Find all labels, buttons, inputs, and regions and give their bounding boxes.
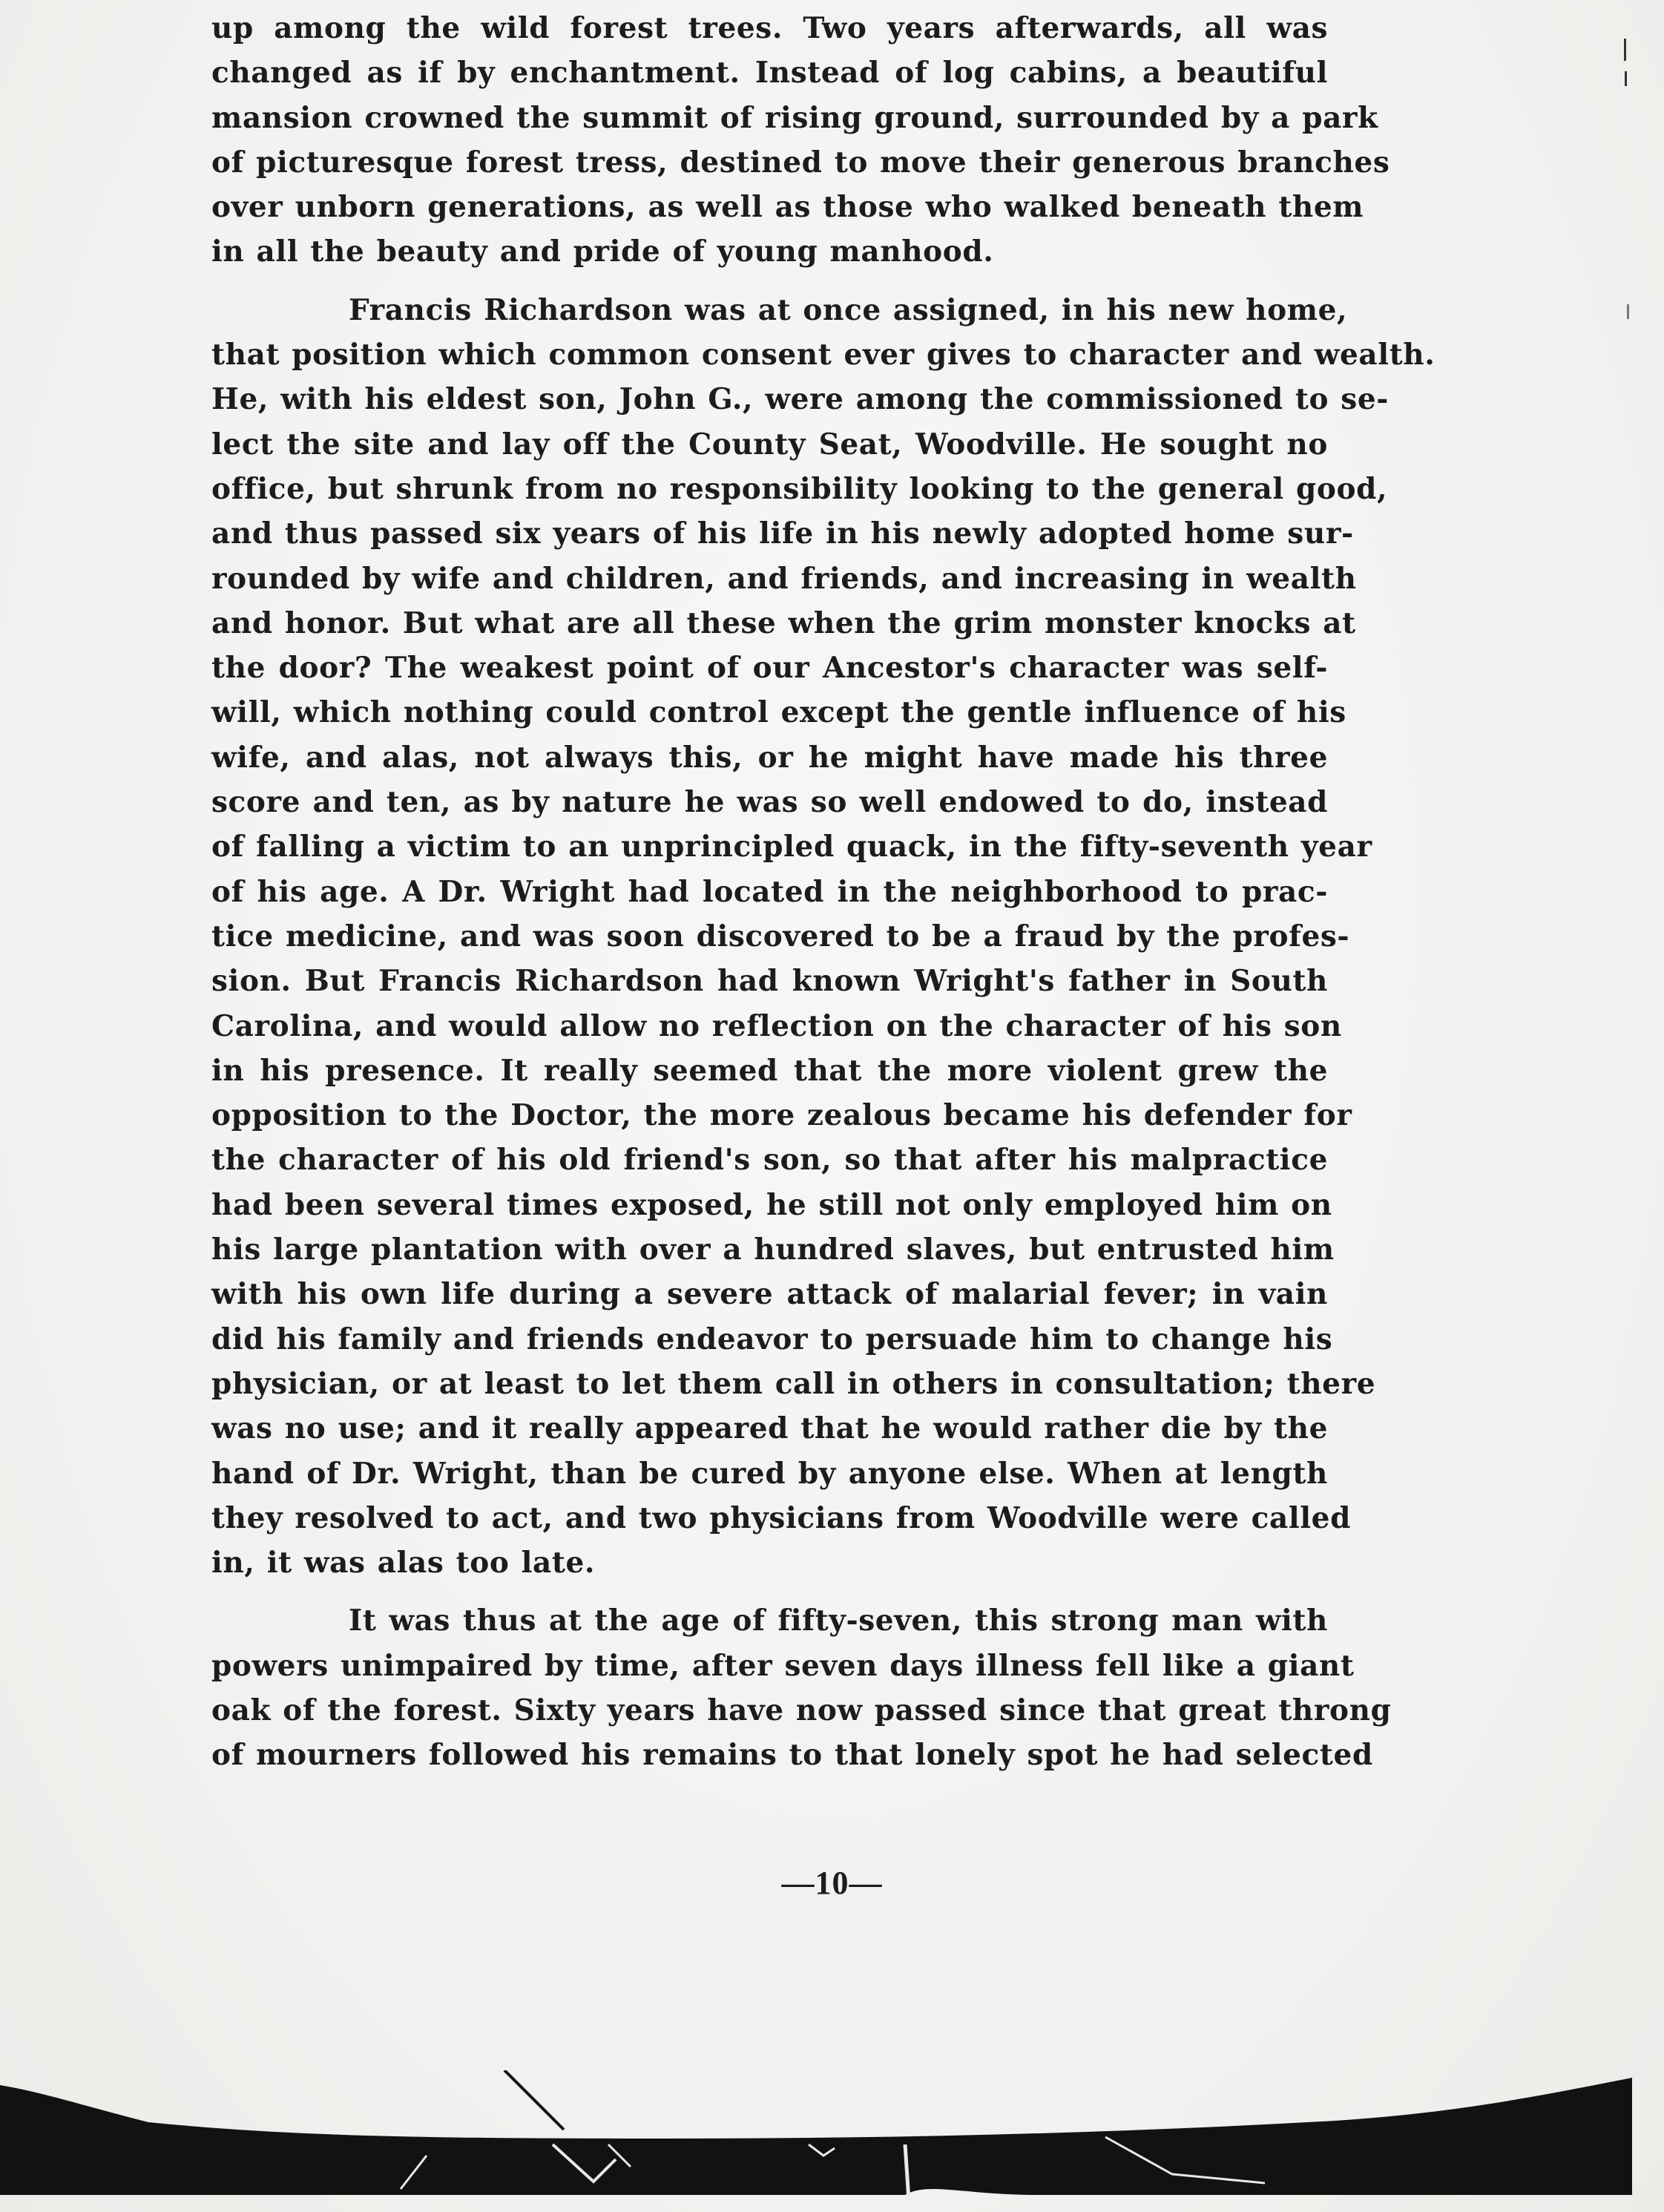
text-line: oak of the forest. Sixty years have now … (211, 1688, 1328, 1733)
text-line: the door? The weakest point of our Ances… (211, 646, 1328, 690)
text-line: they resolved to act, and two physicians… (211, 1496, 1328, 1540)
text-line: over unborn generations, as well as thos… (211, 185, 1328, 229)
text-line: Carolina, and would allow no reflection … (211, 1004, 1328, 1048)
text-line: and thus passed six years of his life in… (211, 511, 1328, 556)
body-text: up among the wild forest trees. Two year… (211, 6, 1328, 1778)
text-line: his large plantation with over a hundred… (211, 1227, 1328, 1272)
text-line: sion. But Francis Richardson had known W… (211, 959, 1328, 1003)
text-line: in his presence. It really seemed that t… (211, 1048, 1328, 1093)
text-line: the character of his old friend's son, s… (211, 1138, 1328, 1182)
text-line: in all the beauty and pride of young man… (211, 229, 1328, 274)
text-line: powers unimpaired by time, after seven d… (211, 1644, 1328, 1688)
text-line: in, it was alas too late. (211, 1540, 1328, 1585)
text-line: that position which common consent ever … (211, 332, 1328, 377)
paragraph-2: Francis Richardson was at once assigned,… (211, 288, 1328, 1586)
text-line: of his age. A Dr. Wright had located in … (211, 870, 1328, 914)
text-line: up among the wild forest trees. Two year… (211, 6, 1328, 50)
scan-speck (1624, 39, 1626, 61)
text-line: was no use; and it really appeared that … (211, 1406, 1328, 1451)
text-line: wife, and alas, not always this, or he m… (211, 735, 1328, 780)
text-line: It was thus at the age of fifty-seven, t… (211, 1598, 1328, 1643)
scanned-page: up among the wild forest trees. Two year… (0, 0, 1664, 2212)
text-line: tice medicine, and was soon discovered t… (211, 914, 1328, 959)
scan-speck (1625, 71, 1627, 86)
text-line: with his own life during a severe attack… (211, 1272, 1328, 1316)
text-line: Francis Richardson was at once assigned,… (211, 288, 1328, 332)
text-line: will, which nothing could control except… (211, 690, 1328, 735)
text-line: opposition to the Doctor, the more zealo… (211, 1093, 1328, 1138)
paragraph-1: up among the wild forest trees. Two year… (211, 6, 1328, 275)
text-line: had been several times exposed, he still… (211, 1183, 1328, 1227)
text-line: physician, or at least to let them call … (211, 1362, 1328, 1406)
text-line: lect the site and lay off the County Sea… (211, 422, 1328, 467)
text-line: and honor. But what are all these when t… (211, 601, 1328, 646)
text-line: of picturesque forest tress, destined to… (211, 140, 1328, 185)
text-line: rounded by wife and children, and friend… (211, 557, 1328, 601)
text-line: did his family and friends endeavor to p… (211, 1317, 1328, 1362)
text-line: office, but shrunk from no responsibilit… (211, 467, 1328, 511)
text-line: changed as if by enchantment. Instead of… (211, 50, 1328, 95)
paragraph-3: It was thus at the age of fifty-seven, t… (211, 1598, 1328, 1777)
text-line: hand of Dr. Wright, than be cured by any… (211, 1451, 1328, 1496)
paragraph-gap (211, 275, 1328, 288)
text-line: mansion crowned the summit of rising gro… (211, 96, 1328, 140)
scanner-shadow-band (0, 2070, 1632, 2204)
page-number: —10— (0, 1864, 1664, 1902)
text-line: of falling a victim to an unprincipled q… (211, 824, 1328, 869)
text-line: score and ten, as by nature he was so we… (211, 780, 1328, 824)
paragraph-gap (211, 1585, 1328, 1598)
scan-speck (1627, 304, 1629, 319)
text-line: of mourners followed his remains to that… (211, 1733, 1328, 1777)
text-line: He, with his eldest son, John G., were a… (211, 377, 1328, 421)
